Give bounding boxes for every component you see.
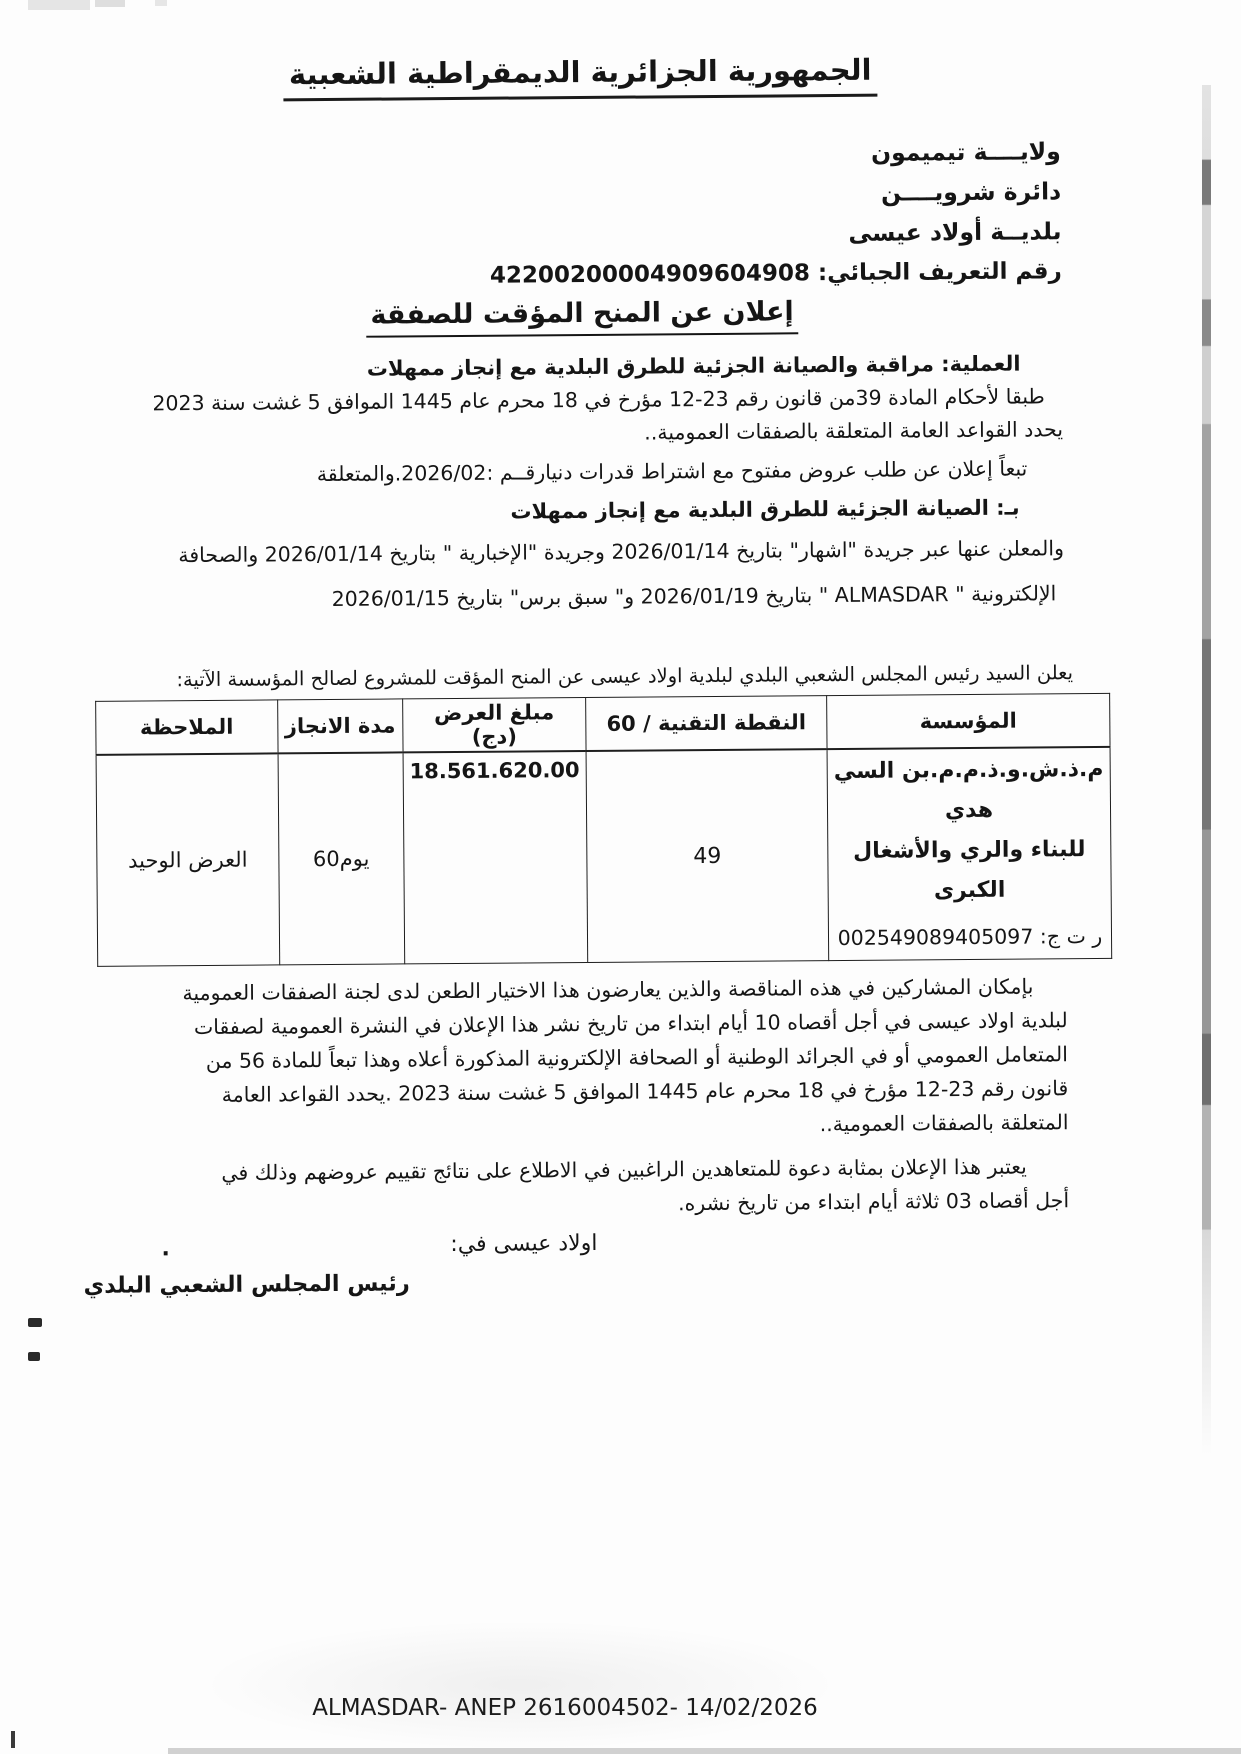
publication-line-1: والمعلن عنها عبر جريدة "اشهار" بتاريخ 20… bbox=[104, 532, 1064, 573]
duration-cell: 60يوم bbox=[278, 752, 405, 964]
award-intro-line: يعلن السيد رئيس المجلس الشعبي البلدي لبل… bbox=[65, 656, 1073, 697]
signature-place-line: اولاد عيسى في: bbox=[450, 1231, 597, 1257]
subject-line: بـ: الصيانة الجزئية للطرق البلدية مع إنج… bbox=[104, 491, 1064, 532]
remark-cell: العرض الوحيد bbox=[96, 753, 279, 966]
anep-footer: ALMASDAR- ANEP 2616004502- 14/02/2026 bbox=[0, 1695, 1130, 1721]
signature-dot: . bbox=[161, 1236, 170, 1261]
company-name-line-2: للبناء والري والأشغال الكبرى bbox=[834, 830, 1105, 912]
scan-artifact-left-dash-1 bbox=[28, 1318, 42, 1327]
tax-id-value: 42200200004909604908 bbox=[490, 260, 810, 289]
tax-id-line: رقم التعريف الجبائي: 4220020000490960490… bbox=[102, 254, 1062, 296]
scan-artifact-top-smudge-1 bbox=[28, 0, 90, 10]
notice-paragraph: يعتبر هذا الإعلان بمثابة دعوة للمتعاهدين… bbox=[109, 1149, 1070, 1225]
table-row: م.ذ.ش.و.ذ.م.م.بن السي هدي للبناء والري و… bbox=[96, 747, 1112, 966]
header-company: المؤسسة bbox=[827, 693, 1111, 749]
republic-header: الجمهورية الجزائرية الديمقراطية الشعبية bbox=[283, 53, 878, 102]
signature-signer-title: رئيس المجلس الشعبي البلدي bbox=[83, 1270, 409, 1299]
scan-artifact-top-smudge-2 bbox=[95, 0, 125, 7]
signature-block: اولاد عيسى في: . رئيس المجلس الشعبي البل… bbox=[109, 1227, 1070, 1325]
appeal-paragraph: بإمكان المشاركين في هذه المناقصة والذين … bbox=[107, 969, 1068, 1147]
commune-line: بلديــة أولاد عيسى bbox=[101, 211, 1061, 259]
scan-artifact-right-band bbox=[1202, 85, 1211, 1455]
republic-header-row: الجمهورية الجزائرية الديمقراطية الشعبية bbox=[100, 51, 1060, 103]
award-table: المؤسسة النقطة التقنية / 60 مبلغ العرض (… bbox=[95, 693, 1112, 967]
scan-artifact-top-smudge-3 bbox=[155, 0, 167, 6]
tax-id-label: رقم التعريف الجبائي: bbox=[818, 258, 1062, 286]
document-content: الجمهورية الجزائرية الديمقراطية الشعبية … bbox=[100, 41, 1070, 1325]
administrative-block: ولايــــة تيميمون دائرة شرويــــن بلديــ… bbox=[101, 131, 1062, 259]
award-table-header-row: المؤسسة النقطة التقنية / 60 مبلغ العرض (… bbox=[96, 693, 1110, 754]
award-table-header: المؤسسة النقطة التقنية / 60 مبلغ العرض (… bbox=[96, 693, 1110, 754]
header-offer-amount: مبلغ العرض (دج) bbox=[402, 697, 585, 752]
company-cell: م.ذ.ش.و.ذ.م.م.بن السي هدي للبناء والري و… bbox=[827, 747, 1112, 961]
offer-amount-cell: 18.561.620.00 bbox=[403, 751, 588, 964]
technical-score-cell: 49 bbox=[586, 749, 829, 962]
company-name-line-1: م.ذ.ش.و.ذ.م.م.بن السي هدي bbox=[833, 750, 1104, 832]
scan-artifact-bottom-dash bbox=[11, 1731, 15, 1748]
document-title: إعلان عن المنح المؤقت للصفقة bbox=[366, 296, 798, 337]
tender-reference-line: تبعاً إعلان عن طلب عروض مفتوح مع اشتراط … bbox=[103, 452, 1063, 493]
scan-artifact-bottom-strip bbox=[168, 1748, 1241, 1754]
scan-artifact-left-dash-2 bbox=[28, 1352, 40, 1361]
scan-artifact-bottom-smudge bbox=[200, 1620, 840, 1750]
company-register-number: ر ت ج: 002549089405097 bbox=[835, 916, 1105, 958]
document-title-row: إعلان عن المنح المؤقت للصفقة bbox=[102, 294, 1062, 340]
header-duration: مدة الانجاز bbox=[277, 699, 403, 753]
publication-line-2: الإلكترونية " ALMASDAR " بتاريخ 2026/01/… bbox=[104, 577, 1064, 618]
scanned-document-page: الجمهورية الجزائرية الديمقراطية الشعبية … bbox=[0, 0, 1241, 1754]
header-technical-score: النقطة التقنية / 60 bbox=[586, 696, 827, 751]
header-remark: الملاحظة bbox=[96, 700, 278, 755]
